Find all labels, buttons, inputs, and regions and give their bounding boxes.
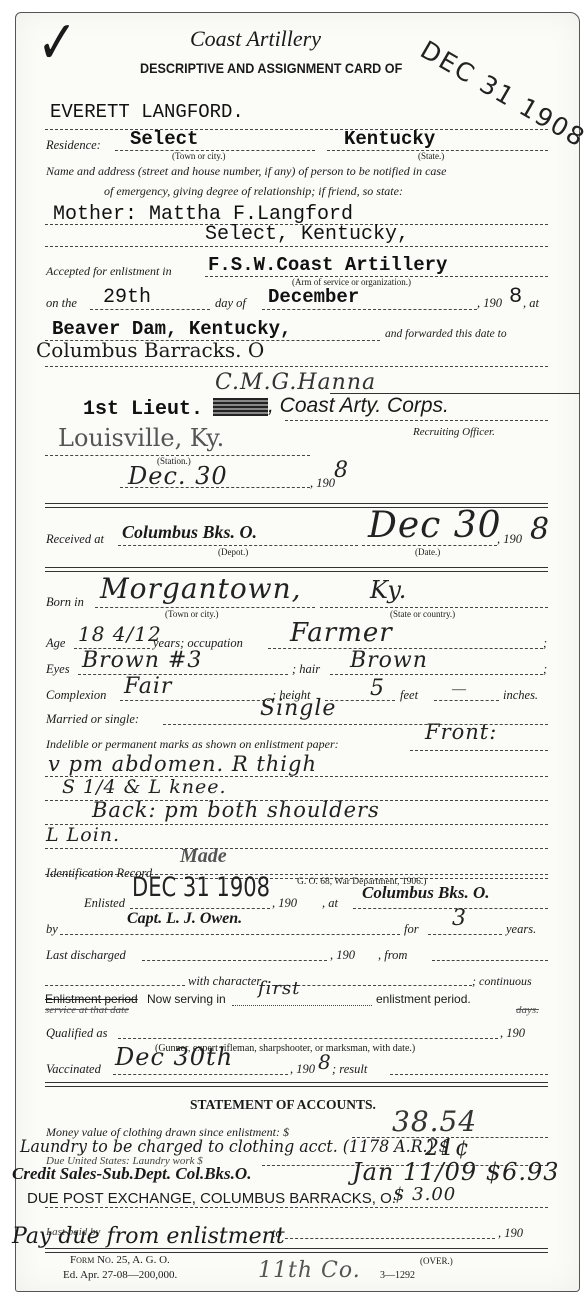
for-years: 3 [452, 906, 467, 931]
height-feet: 5 [370, 676, 385, 701]
station-year-digit: 8 [334, 458, 349, 483]
qualified-year: , 190 [500, 1026, 525, 1041]
recruit-name: EVERETT LANGFORD. [50, 101, 244, 123]
now-serving-line [232, 1005, 372, 1006]
residence-label: Residence: [46, 138, 101, 153]
born-label: Born in [46, 595, 84, 610]
vaccinated-year-digit: 8 [318, 1050, 332, 1074]
company-annotation: 11th Co. [258, 1258, 361, 1283]
occupation-semicolon: ; [543, 636, 547, 651]
continuous-label: ; continuous [472, 974, 532, 989]
pay-due: Pay due from enlistment [12, 1224, 285, 1249]
at-label: , at [523, 296, 539, 311]
emergency-instructions-1: Name and address (street and house numbe… [46, 164, 446, 179]
born-state-caption: (State or country.) [390, 609, 455, 619]
residence-town: Select [130, 128, 198, 150]
enlisted-year: , 190 [272, 896, 297, 911]
section-divider-3 [45, 1082, 548, 1087]
station-year-prefix: , 190 [310, 476, 335, 491]
enlistment-month: December [268, 286, 359, 308]
enlistment-year-digit: 8 [509, 284, 522, 309]
post-exchange-line [45, 1207, 548, 1208]
qualified-label: Qualified as [46, 1026, 107, 1041]
post-exchange-value: $ 3.00 [393, 1184, 456, 1205]
marks-line-1: v pm abdomen. R thigh [48, 752, 317, 776]
depot-caption: (Depot.) [218, 547, 248, 557]
born-town-line [95, 607, 315, 608]
accepted-label: Accepted for enlistment in [46, 264, 172, 279]
for-label: for [404, 922, 419, 937]
vaccinated-label: Vaccinated [46, 1062, 101, 1077]
enlistment-period-label: enlistment period. [376, 992, 471, 1006]
vaccinated-line [113, 1074, 288, 1075]
month-line [262, 309, 477, 310]
received-date-caption: (Date.) [415, 547, 440, 557]
now-serving-value: first [258, 978, 301, 999]
card-title: Coast Artillery [190, 26, 321, 52]
year-prefix: , 190 [477, 296, 502, 311]
with-character-label: with character [188, 974, 261, 989]
now-serving-label: Now serving in [147, 992, 226, 1006]
service-struck: service at that date [45, 1004, 129, 1016]
years-label: years. [506, 922, 536, 937]
received-date: Dec 30 [368, 505, 502, 546]
enlistment-day: 29th [103, 286, 151, 309]
rank-struck-word [213, 398, 268, 416]
forwarded-line [45, 366, 548, 367]
enlisted-at: , at [322, 896, 338, 911]
on-the-label: on the [46, 296, 77, 311]
residence-town-caption: (Town or city.) [172, 151, 226, 161]
marks-line-4: L Loin. [46, 824, 120, 846]
checkmark: ✓ [37, 8, 77, 78]
print-code: 3—1292 [380, 1270, 415, 1281]
by-label: by [46, 922, 58, 937]
forwarded-to: Columbus Barracks. O [36, 338, 264, 362]
from-label: , from [378, 948, 407, 963]
credit-value: Jan 11/09 $6.93 [352, 1158, 560, 1186]
age-label: Age [46, 636, 65, 651]
marks-line-a [410, 750, 548, 751]
enlisted-label: Enlisted [84, 896, 125, 911]
for-line [428, 934, 502, 935]
marks-label: Indelible or permanent marks as shown on… [46, 737, 339, 752]
result-label: ; result [332, 1062, 367, 1077]
forwarded-label: and forwarded this date to [385, 328, 507, 340]
feet-label: feet [400, 688, 418, 703]
received-year-digit: 8 [530, 512, 550, 547]
enlistment-arm: F.S.W.Coast Artillery [208, 254, 447, 276]
eyes-line [78, 674, 288, 675]
inches-label: inches. [503, 688, 538, 703]
married-label: Married or single: [46, 712, 139, 727]
qualified-line [118, 1038, 498, 1039]
born-state: Ky. [370, 576, 407, 604]
enlisted-date-line [130, 908, 270, 909]
born-town: Morgantown, [100, 572, 302, 605]
eyes-label: Eyes [46, 662, 70, 677]
marks-line-3: Back: pm both shoulders [92, 798, 380, 822]
station: Louisville, Ky. [58, 424, 224, 452]
result-line [390, 1074, 548, 1075]
credit-sales: Credit Sales-Sub.Dept. Col.Bks.O. [12, 1164, 251, 1184]
clothing-value: 38.54 [392, 1105, 477, 1138]
officer-line [285, 420, 548, 421]
days-struck: days. [516, 1004, 539, 1016]
marks-line-0: Front: [425, 720, 497, 744]
last-discharged-line [142, 960, 327, 961]
hair-label: ; hair [292, 662, 320, 677]
contact-line-2 [45, 246, 548, 247]
enlisted-date-stamp: DEC 31 1908 [132, 872, 270, 903]
eyes-value: Brown #3 [82, 648, 202, 673]
residence-state: Kentucky [344, 128, 435, 150]
vaccinated-date: Dec 30th [115, 1043, 233, 1071]
recruiter-signature: C.M.G.Hanna [215, 370, 376, 395]
complexion-line [120, 700, 270, 701]
last-paid-line [285, 1238, 495, 1239]
station-date: Dec. 30 [128, 462, 228, 490]
station-date-line [120, 487, 310, 488]
post-exchange: DUE POST EXCHANGE, COLUMBUS BARRACKS, O. [27, 1190, 396, 1207]
with-character-pre-line [45, 985, 185, 986]
received-depot: Columbus Bks. O. [122, 522, 257, 543]
section-divider-4 [45, 1248, 548, 1253]
height-inches: — [452, 682, 466, 698]
vaccinated-year-prefix: , 190 [290, 1062, 315, 1077]
enlisted-by-officer: Capt. L. J. Owen. [127, 910, 242, 928]
hair-semicolon: ; [543, 662, 547, 677]
accounts-title: STATEMENT OF ACCOUNTS. [190, 1097, 376, 1113]
from-line [432, 960, 548, 961]
complexion-label: Complexion [46, 688, 106, 703]
name-line [45, 129, 548, 130]
laundry-note: Laundry to be charged to clothing acct. … [20, 1137, 449, 1157]
recruiting-officer-label: Recruiting Officer. [413, 426, 495, 438]
born-state-line [320, 607, 548, 608]
enlistment-place: Beaver Dam, Kentucky, [52, 318, 291, 340]
received-label: Received at [46, 532, 104, 547]
identification-value: Made [180, 845, 227, 868]
received-date-line [362, 545, 497, 546]
last-discharged-label: Last discharged [46, 948, 126, 963]
emergency-instructions-2: of emergency, giving degree of relations… [104, 184, 403, 199]
officer-corps: , Coast Arty. Corps. [268, 394, 449, 418]
hair-line [330, 674, 543, 675]
marks-line-2: S 1/4 & L knee. [62, 776, 227, 798]
day-line [90, 309, 210, 310]
age-value: 18 4/12 [78, 622, 162, 646]
occupation-value: Farmer [290, 618, 393, 648]
with-character-line [272, 985, 472, 986]
depot-line [118, 545, 358, 546]
last-discharged-year: , 190 [330, 948, 355, 963]
emergency-contact-2: Select, Kentucky, [205, 223, 409, 246]
last-paid-to: to [272, 1226, 282, 1241]
enlisted-place: Columbus Bks. O. [362, 883, 490, 903]
by-line [60, 934, 400, 935]
married-value: Single [260, 696, 336, 721]
complexion-value: Fair [124, 674, 172, 699]
born-town-caption: (Town or city.) [165, 609, 219, 619]
day-of-label: day of [215, 296, 246, 311]
form-number: Form No. 25, A. G. O. [70, 1254, 170, 1266]
residence-state-caption: (State.) [418, 151, 444, 161]
marks-line-e [45, 848, 548, 849]
last-paid-year: , 190 [498, 1226, 523, 1241]
card-subtitle: DESCRIPTIVE AND ASSIGNMENT CARD OF [140, 60, 402, 76]
enlisted-place-line [353, 908, 548, 909]
received-year-prefix: , 190 [497, 532, 522, 547]
officer-rank: 1st Lieut. [83, 398, 203, 421]
marks-line-d [45, 824, 548, 825]
over-note: (OVER.) [420, 1256, 453, 1266]
form-edition: Ed. Apr. 27-08—200,000. [63, 1269, 177, 1281]
hair-value: Brown [350, 648, 428, 673]
height-inches-line [434, 700, 499, 701]
